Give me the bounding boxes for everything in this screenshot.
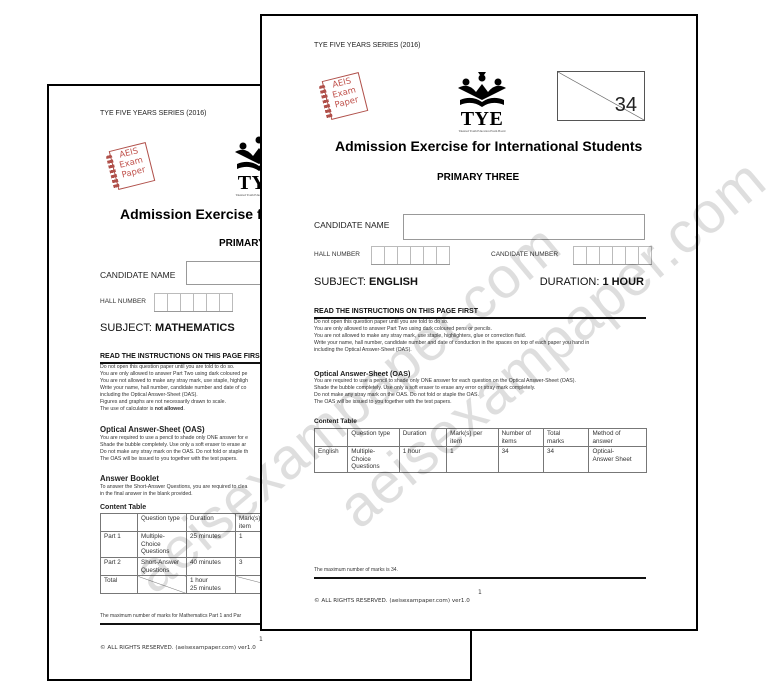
aeis-exam-paper-logo-icon: AEIS Exam Paper bbox=[109, 142, 156, 190]
table-cell: Question type bbox=[348, 429, 399, 447]
oas-list: You are required to use a pencil to shad… bbox=[100, 435, 248, 463]
page-number: 1 bbox=[259, 636, 263, 643]
table-cell: 40 minutes bbox=[187, 557, 236, 575]
instruction-line: You are only allowed to answer Part Two … bbox=[100, 371, 248, 378]
candidate-name-label: CANDIDATE NAME bbox=[314, 220, 389, 230]
table-cell: Method ofanswer bbox=[589, 429, 647, 447]
subject-line: SUBJECT: ENGLISH bbox=[314, 276, 418, 288]
oas-line: You are required to use a pencil to shad… bbox=[100, 435, 248, 442]
exam-level: PRIMARY bbox=[219, 238, 265, 249]
front-exam-page-english: TYE FIVE YEARS SERIES (2016) AEIS Exam P… bbox=[260, 14, 698, 631]
booklet-line: To answer the Short-Answer Questions, yo… bbox=[100, 484, 247, 491]
table-row: EnglishMultiple-ChoiceQuestions1 hour134… bbox=[315, 447, 647, 473]
max-marks-note: The maximum number of marks for Mathemat… bbox=[100, 613, 241, 619]
table-header-row: Question typeDurationMark(s) peritemNumb… bbox=[315, 429, 647, 447]
exam-title: Admission Exercise for International Stu… bbox=[335, 138, 642, 154]
answer-booklet-heading: Answer Booklet bbox=[100, 474, 159, 483]
hall-number-field[interactable] bbox=[154, 293, 233, 312]
oas-line: Do not make any stray mark on the OAS. D… bbox=[314, 392, 576, 399]
instructions-list: Do not open this question paper until yo… bbox=[314, 319, 589, 354]
table-cell: Part 1 bbox=[101, 532, 138, 558]
aeis-exam-paper-logo-icon: AEIS Exam Paper bbox=[322, 72, 369, 120]
booklet-list: To answer the Short-Answer Questions, yo… bbox=[100, 484, 247, 498]
exam-title: Admission Exercise for bbox=[120, 206, 276, 222]
table-cell: 1 bbox=[447, 447, 498, 473]
calc-prefix: The use of calculator is bbox=[100, 406, 155, 412]
table-cell: 34 bbox=[498, 447, 543, 473]
table-cell: Duration bbox=[187, 514, 236, 532]
calc-bold: not allowed bbox=[155, 406, 184, 412]
hall-number-label: HALL NUMBER bbox=[100, 298, 146, 305]
oas-list: You are required to use a pencil to shad… bbox=[314, 378, 576, 406]
table-cell: 25 minutes bbox=[187, 532, 236, 558]
content-table: Question typeDurationMark(s) peritemNumb… bbox=[314, 428, 647, 473]
table-cell: Part 2 bbox=[101, 557, 138, 575]
subject-value: MATHEMATICS bbox=[155, 322, 235, 334]
oas-heading: Optical Answer-Sheet (OAS) bbox=[100, 425, 205, 434]
oas-line: Shade the bubble completely. Use only a … bbox=[100, 442, 248, 449]
instruction-line: Write your name, hall number, candidate … bbox=[314, 340, 589, 347]
table-cell: Duration bbox=[399, 429, 446, 447]
booklet-line: in the final answer in the blank provide… bbox=[100, 491, 247, 498]
table-cell: English bbox=[315, 447, 348, 473]
series-label: TYE FIVE YEARS SERIES (2016) bbox=[100, 110, 206, 117]
table-cell: 1 hour bbox=[399, 447, 446, 473]
subject-line: SUBJECT: MATHEMATICS bbox=[100, 322, 235, 334]
duration-value: 1 HOUR bbox=[602, 276, 644, 288]
instructions-heading: READ THE INSTRUCTIONS ON THIS PAGE FIRST bbox=[314, 308, 478, 315]
instruction-line: You are only allowed to answer Part Two … bbox=[314, 326, 589, 333]
subject-label: SUBJECT: bbox=[314, 276, 366, 288]
instruction-line: Figures and graphs are not necessarily d… bbox=[100, 399, 248, 406]
instructions-heading: READ THE INSTRUCTIONS ON THIS PAGE FIRS bbox=[100, 353, 260, 360]
instruction-line: Do not open this question paper until yo… bbox=[314, 319, 589, 326]
table-cell: Multiple-ChoiceQuestions bbox=[138, 532, 187, 558]
oas-heading: Optical Answer-Sheet (OAS) bbox=[314, 369, 410, 378]
hall-number-label: HALL NUMBER bbox=[314, 251, 360, 258]
candidate-number-label: CANDIDATE NUMBER bbox=[491, 251, 558, 258]
duration-line: DURATION: 1 HOUR bbox=[540, 276, 644, 288]
table-cell: Mark(s) peritem bbox=[447, 429, 498, 447]
table-cell: 1 hour25 minutes bbox=[187, 576, 236, 594]
copyright-footer: © ALL RIGHTS RESERVED. (aeisexampaper.co… bbox=[100, 645, 256, 651]
tye-subtitle: Talented Youth Education Exam Board bbox=[450, 129, 514, 133]
instruction-line: including the Optical Answer-Sheet (OAS)… bbox=[314, 347, 589, 354]
instruction-line: including the Optical Answer-Sheet (OAS)… bbox=[100, 392, 248, 399]
instruction-line: You are not allowed to make any stray ma… bbox=[314, 333, 589, 340]
oas-line: Do not make any stray mark on the OAS. D… bbox=[100, 449, 248, 456]
table-cell bbox=[315, 429, 348, 447]
subject-value: ENGLISH bbox=[369, 276, 418, 288]
oas-line: The OAS will be issued to you together w… bbox=[100, 456, 248, 463]
table-cell: 34 bbox=[544, 447, 589, 473]
oas-line: The OAS will be issued to you together w… bbox=[314, 399, 576, 406]
subject-label: SUBJECT: bbox=[100, 322, 152, 334]
instructions-list: Do not open this question paper until yo… bbox=[100, 364, 248, 413]
exam-level: PRIMARY THREE bbox=[437, 172, 519, 183]
instruction-line: You are not allowed to make any stray ma… bbox=[100, 378, 248, 385]
table-cell bbox=[138, 576, 187, 594]
copyright-footer: © ALL RIGHTS RESERVED. (aeisexampaper.co… bbox=[314, 598, 470, 604]
series-label: TYE FIVE YEARS SERIES (2016) bbox=[314, 42, 420, 49]
oas-line: You are required to use a pencil to shad… bbox=[314, 378, 576, 385]
table-cell: Question type bbox=[138, 514, 187, 532]
table-cell bbox=[101, 514, 138, 532]
oas-line: Shade the bubble completely. Use only a … bbox=[314, 385, 576, 392]
instruction-line: The use of calculator is not allowed. bbox=[100, 406, 248, 413]
duration-label: DURATION: bbox=[540, 276, 600, 288]
instruction-line: Write your name, hall number, candidate … bbox=[100, 385, 248, 392]
total-marks-value: 34 bbox=[615, 94, 637, 117]
candidate-name-field[interactable] bbox=[403, 214, 645, 240]
table-cell: Short-AnswerQuestions bbox=[138, 557, 187, 575]
tye-wordmark: TYE bbox=[454, 108, 510, 131]
divider bbox=[314, 577, 646, 579]
table-cell: Optical-Answer Sheet bbox=[589, 447, 647, 473]
content-table-heading: Content Table bbox=[314, 418, 357, 425]
tye-logo-icon: TYE Talented Youth Education Exam Board bbox=[454, 70, 510, 134]
max-marks-note: The maximum number of marks is 34. bbox=[314, 567, 398, 573]
candidate-name-label: CANDIDATE NAME bbox=[100, 270, 175, 280]
content-table-heading: Content Table bbox=[100, 504, 146, 511]
table-cell: Total bbox=[101, 576, 138, 594]
table-cell: Number ofitems bbox=[498, 429, 543, 447]
page-number: 1 bbox=[478, 589, 482, 596]
calc-suffix: . bbox=[183, 406, 184, 412]
table-cell: Totalmarks bbox=[544, 429, 589, 447]
hall-number-field[interactable] bbox=[371, 246, 450, 265]
total-marks-box: 34 bbox=[557, 71, 645, 121]
candidate-number-field[interactable] bbox=[573, 246, 652, 265]
table-cell: Multiple-ChoiceQuestions bbox=[348, 447, 399, 473]
instruction-line: Do not open this question paper until yo… bbox=[100, 364, 248, 371]
